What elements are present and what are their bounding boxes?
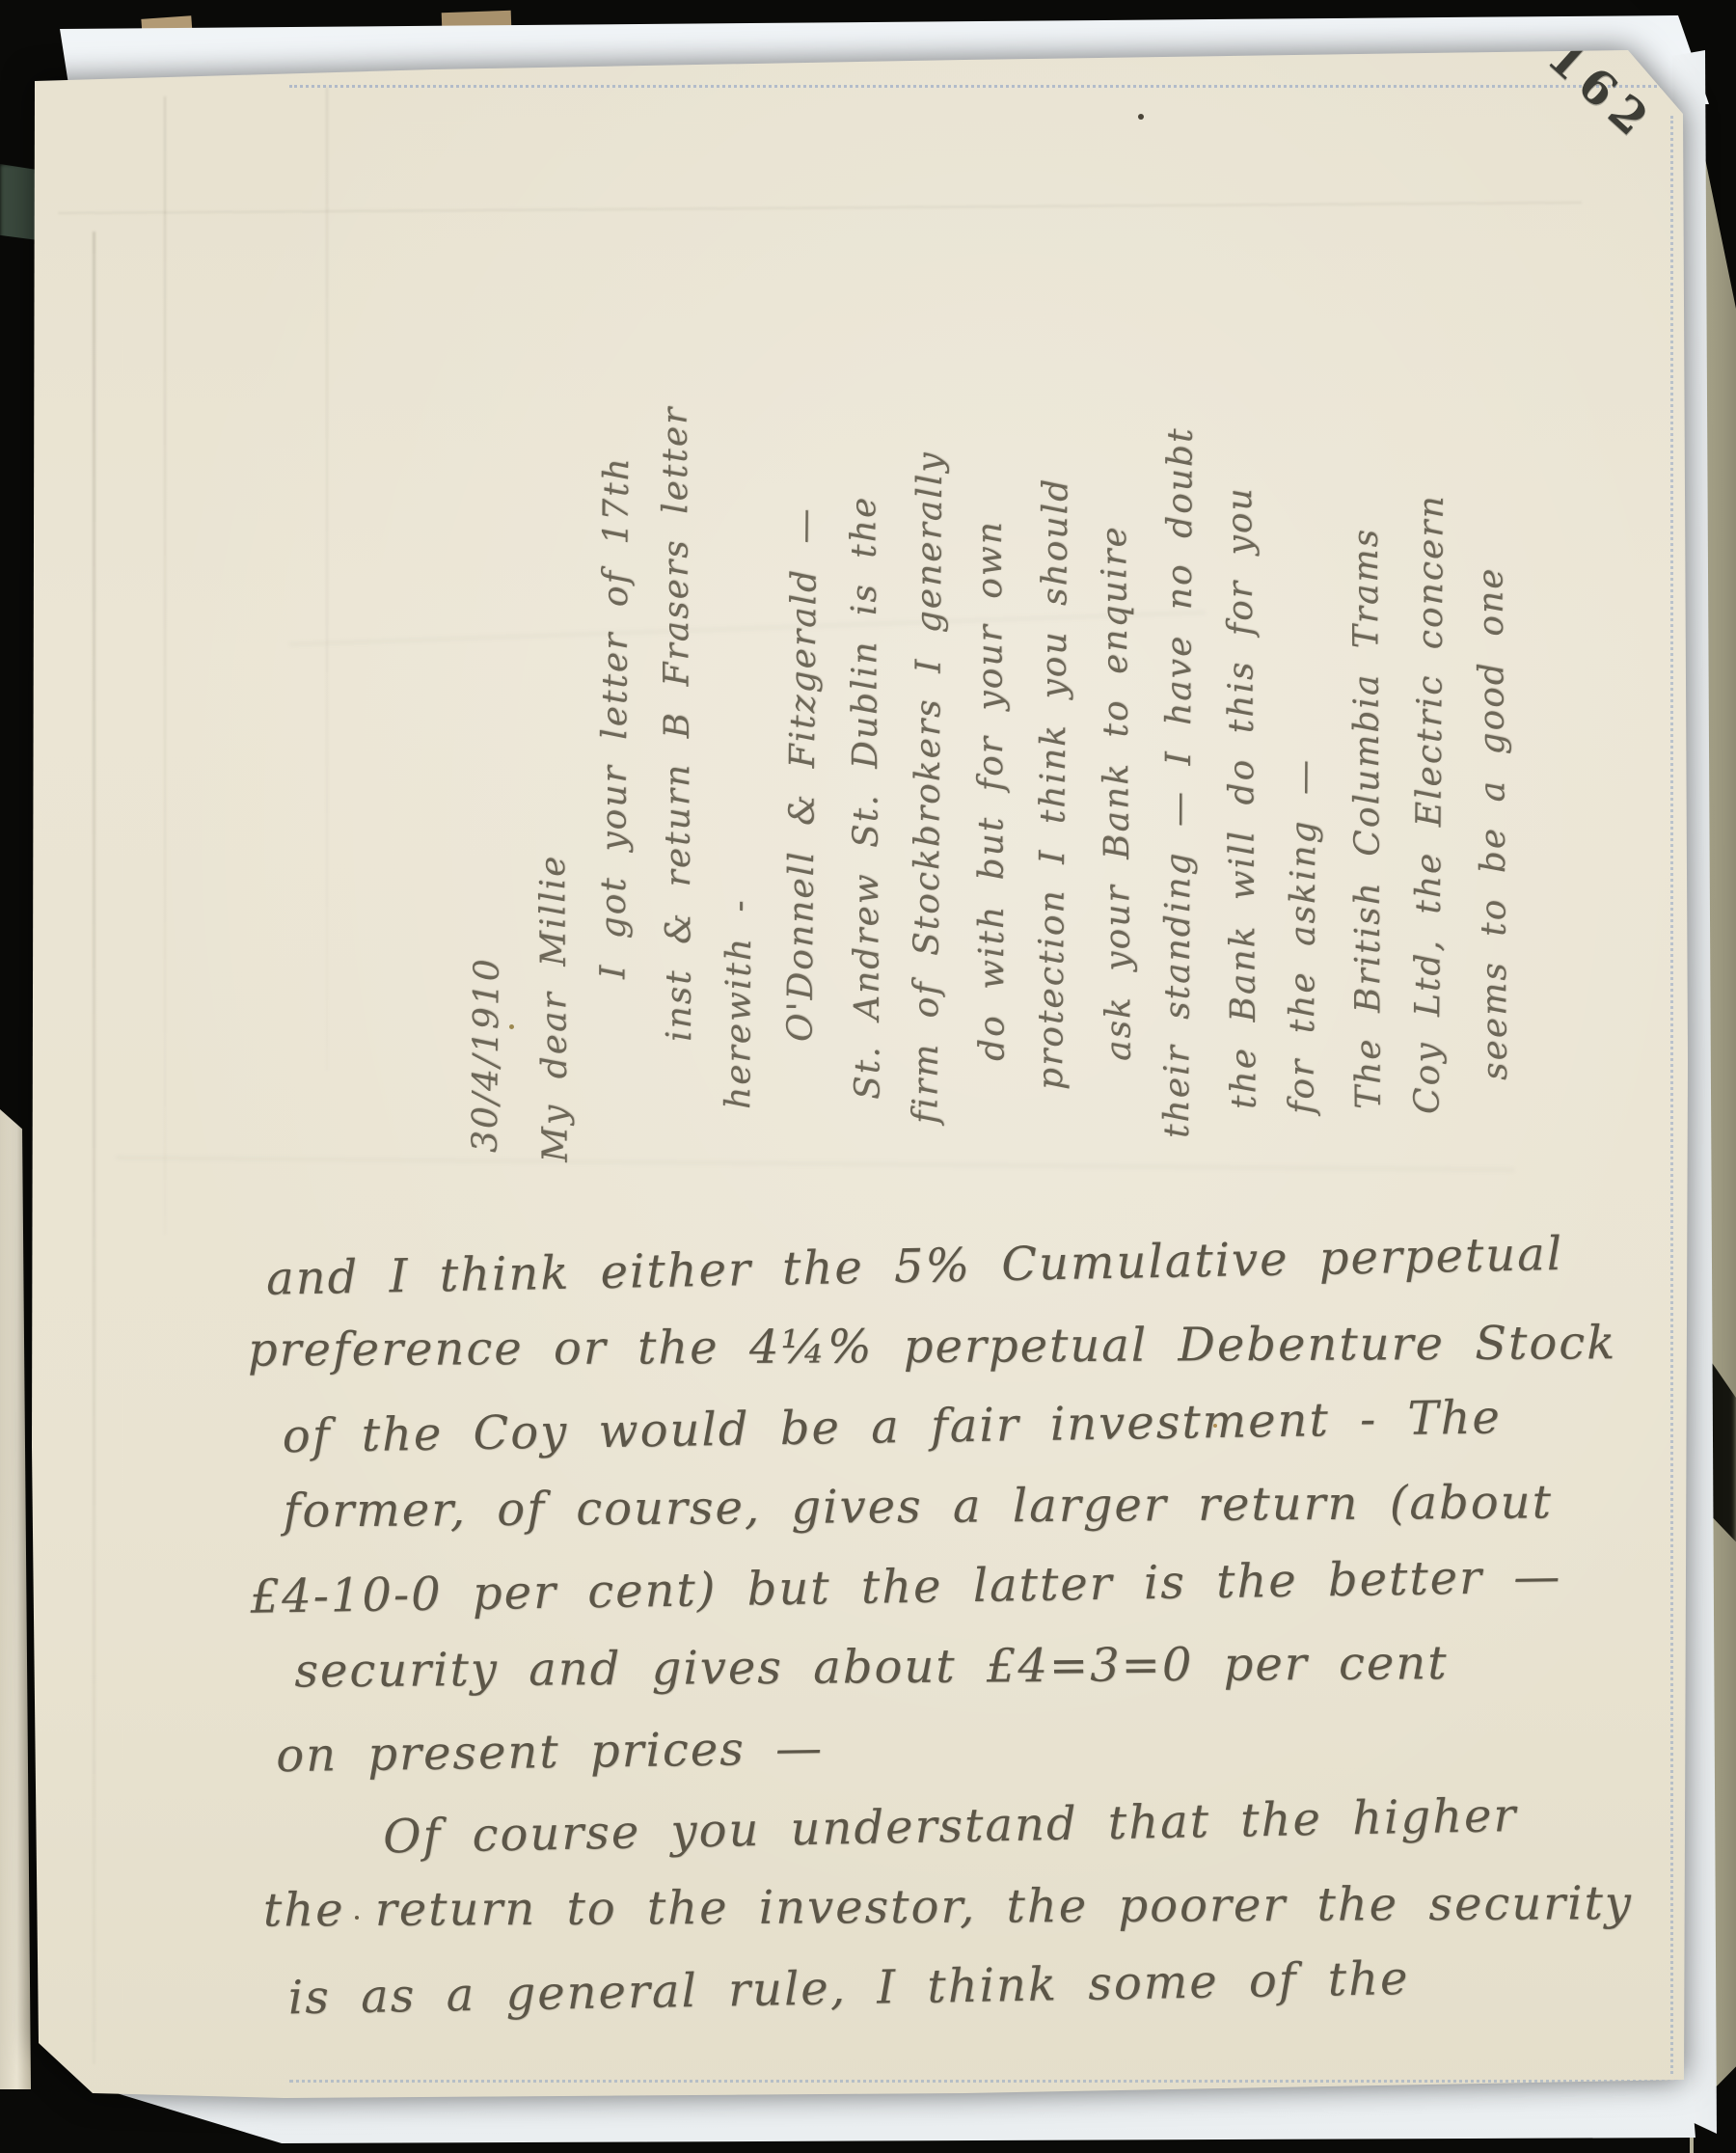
body-text-line: of the Coy would be a fair investment - … <box>243 1376 1575 1478</box>
page-edge-tint-bottom <box>289 2080 1678 2083</box>
cross-writing-line: for the asking — <box>1270 299 1340 1206</box>
cross-writing-rotated: 30/4/1910 My dear Millie I got your lett… <box>458 299 1524 1206</box>
cross-writing-line-salutation: My dear Millie <box>517 299 587 1207</box>
cross-writing-line: I got your letter of 17th <box>581 299 650 1206</box>
cross-writing-line: ask your Bank to enquire <box>1081 299 1152 1207</box>
page-crease <box>58 201 1582 214</box>
body-text-line: is as a general rule, I think some of th… <box>249 1936 1581 2039</box>
cross-writing-line: O'Donnell & Fitzgerald — <box>768 299 838 1207</box>
page-number-stamp: 162 <box>1537 30 1665 152</box>
body-text-block: and I think either the 5% Cumulative per… <box>242 1220 1582 2054</box>
page-wrapper: 162 30/4/1910 My dear Millie I got your … <box>0 0 1736 2153</box>
body-text-line: the return to the investor, the poorer t… <box>249 1864 1580 1950</box>
body-text-line: former, of course, gives a larger return… <box>244 1462 1576 1552</box>
cross-writing-line: inst & return B Frasers letter <box>643 299 713 1206</box>
page-edge-tint-top <box>289 85 1668 88</box>
cross-writing-line: their standing — I have no doubt <box>1146 299 1213 1206</box>
page-crease <box>326 87 328 1071</box>
body-text-line: preference or the 4¼% perpetual Debentur… <box>243 1303 1574 1390</box>
cross-writing-line: Coy Ltd, the Electric concern <box>1396 299 1465 1206</box>
cross-writing-line: firm of Stockbrokers I generally <box>894 299 963 1206</box>
page-edge-tint-right <box>1670 116 1673 2074</box>
cross-writing-line: The British Columbia Trams <box>1334 299 1401 1206</box>
cross-writing-line: herewith - <box>707 299 774 1206</box>
page-crease <box>164 96 166 1235</box>
cross-writing-block: 30/4/1910 My dear Millie I got your lett… <box>458 299 1524 1206</box>
cross-writing-line: seems to be a good one <box>1457 299 1528 1207</box>
cross-writing-line: the Bank will do this for you <box>1207 299 1277 1206</box>
cross-writing-line: St. Andrew St. Dublin is the <box>831 299 901 1206</box>
page-crease <box>93 232 95 2064</box>
cross-writing-line-date: 30/4/1910 <box>453 299 526 1207</box>
body-text-line: security and gives about £4=3=0 per cent <box>246 1622 1578 1712</box>
cross-writing-line: do with but for your own <box>958 299 1025 1206</box>
letter-page: 162 30/4/1910 My dear Millie I got your … <box>0 0 1736 2153</box>
book-scan: 162 30/4/1910 My dear Millie I got your … <box>0 0 1736 2153</box>
body-text-line: £4-10-0 per cent) but the latter is the … <box>245 1537 1577 1638</box>
cross-writing-line: protection I think you should <box>1018 299 1089 1207</box>
ink-speck <box>1138 114 1144 120</box>
